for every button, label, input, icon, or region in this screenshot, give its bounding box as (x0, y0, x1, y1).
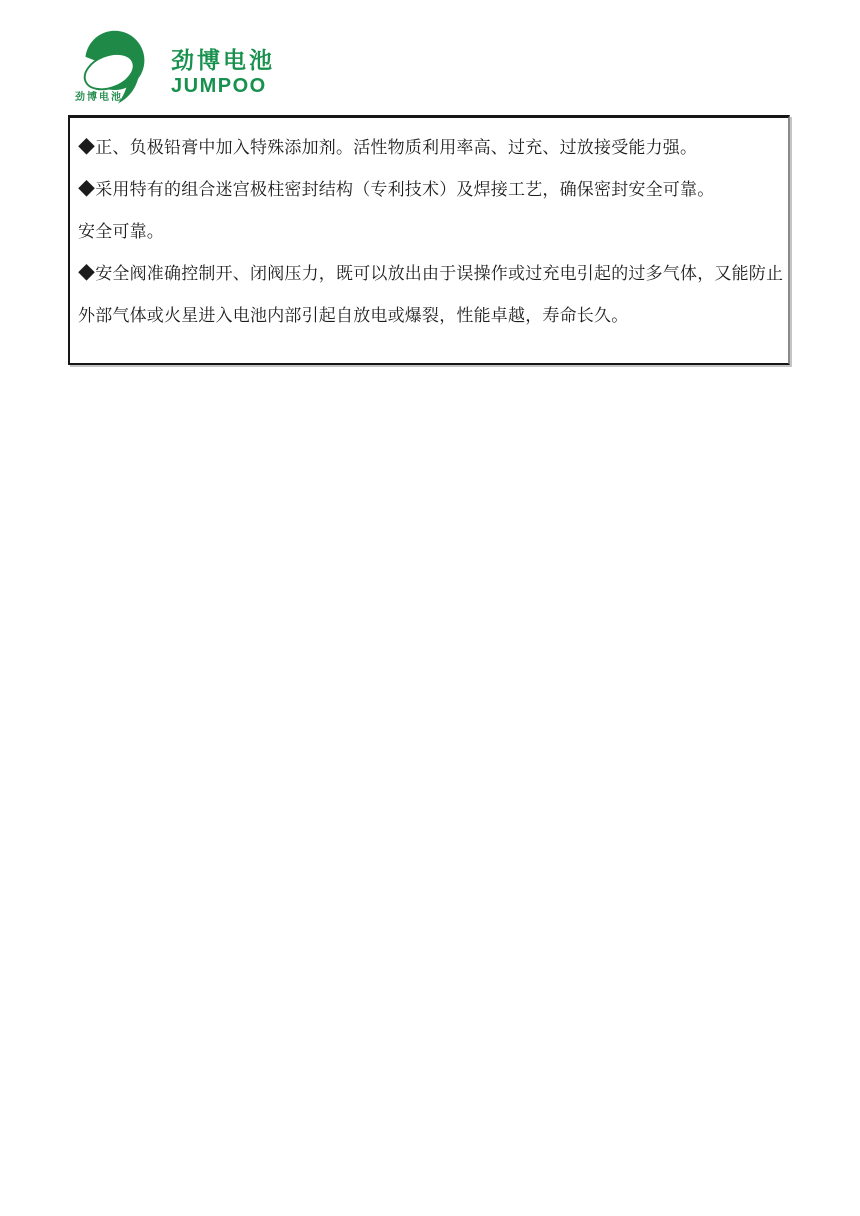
jumpoo-logo: 劲博电池 (74, 26, 154, 106)
brand-wordmark: 劲博电池 JUMPOO (171, 26, 275, 96)
brand-name-chinese: 劲博电池 (171, 49, 275, 72)
brand-header: 劲博电池 劲博电池 JUMPOO (74, 26, 275, 106)
feature-line-5: 外部气体或火星进入电池内部引起自放电或爆裂，性能卓越，寿命长久。 (78, 292, 784, 334)
feature-line-2: ◆采用特有的组合迷宫极柱密封结构（专利技术）及焊接工艺，确保密封安全可靠。 (78, 166, 784, 208)
logo-caption-text: 劲博电池 (75, 88, 123, 103)
feature-line-4: ◆安全阀准确控制开、闭阀压力，既可以放出由于误操作或过充电引起的过多气体，又能防… (78, 250, 784, 292)
feature-text-box: ◆正、负极铅膏中加入特殊添加剂。活性物质利用率高、过充、过放接受能力强。 ◆采用… (68, 115, 790, 365)
feature-line-1: ◆正、负极铅膏中加入特殊添加剂。活性物质利用率高、过充、过放接受能力强。 (78, 124, 784, 166)
brand-name-english: JUMPOO (171, 76, 275, 96)
document-page: 劲博电池 劲博电池 JUMPOO ◆正、负极铅膏中加入特殊添加剂。活性物质利用率… (0, 0, 860, 1216)
feature-line-3: 安全可靠。 (78, 208, 784, 250)
